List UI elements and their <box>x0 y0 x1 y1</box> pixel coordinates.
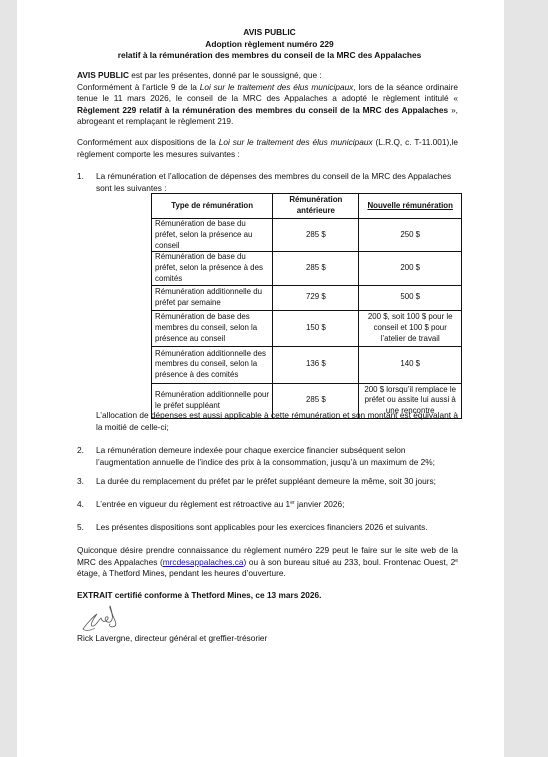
remuneration-table: Type de rémunération Rémunération antéri… <box>151 193 462 419</box>
title-line-2: Adoption règlement numéro 229 <box>77 39 462 51</box>
header-new: Nouvelle rémunération <box>359 194 462 219</box>
consultation-c: étage, à Thetford Mines, pendant les heu… <box>77 568 286 578</box>
dispositions-law: Loi sur le traitement des élus municipau… <box>219 137 373 147</box>
cell-previous: 285 $ <box>273 252 359 285</box>
consultation-b: ) ou à son bureau situé au 233, boul. Fr… <box>243 557 455 567</box>
list-number: 5. <box>77 522 97 534</box>
cell-previous: 729 $ <box>273 285 359 310</box>
bylaw-title: Règlement 229 relatif à la rémunération … <box>77 105 448 115</box>
list-text-b: janvier 2026; <box>295 499 345 509</box>
list-text: L’entrée en vigueur du règlement est rét… <box>96 499 458 511</box>
list-text-a: L’entrée en vigueur du règlement est rét… <box>96 499 290 509</box>
dispositions-a: Conformément aux dispositions de la <box>77 137 219 147</box>
list-text: La durée du remplacement du préfet par l… <box>96 476 458 488</box>
intro-body-a: Conformément à l’article 9 de la <box>77 82 200 92</box>
table-row: Rémunération de base du préfet, selon la… <box>152 219 462 252</box>
table-row: Rémunération additionnelle des membres d… <box>152 346 462 383</box>
intro-lead-bold: AVIS PUBLIC <box>77 70 129 80</box>
list-number: 2. <box>77 445 97 457</box>
header-previous: Rémunération antérieure <box>273 194 359 219</box>
cell-previous: 136 $ <box>273 346 359 383</box>
cell-previous: 150 $ <box>273 310 359 346</box>
list-text: Les présentes dispositions sont applicab… <box>96 522 458 534</box>
cell-previous: 285 $ <box>273 219 359 252</box>
intro-paragraph: AVIS PUBLIC est par les présentes, donné… <box>77 70 458 128</box>
cell-type: Rémunération additionnelle des membres d… <box>152 346 273 383</box>
cell-type: Rémunération de base du préfet, selon la… <box>152 252 273 285</box>
cell-type: Rémunération additionnelle du préfet par… <box>152 285 273 310</box>
certification-line: EXTRAIT certifié conforme à Thetford Min… <box>77 590 458 602</box>
consultation-paragraph: Quiconque désire prendre connaissance du… <box>77 545 458 580</box>
cell-new: 140 $ <box>359 346 462 383</box>
dispositions-paragraph: Conformément aux dispositions de la Loi … <box>77 137 458 160</box>
list-number: 4. <box>77 499 97 511</box>
law-name: Loi sur le traitement des élus municipau… <box>200 82 354 92</box>
table-row: Rémunération additionnelle du préfet par… <box>152 285 462 310</box>
cell-type: Rémunération de base du préfet, selon la… <box>152 219 273 252</box>
allocation-note: L’allocation de dépenses est aussi appli… <box>96 410 458 433</box>
header-type: Type de rémunération <box>152 194 273 219</box>
cell-new: 200 $, soit 100 $ pour le conseil et 100… <box>359 310 462 346</box>
table-row: Rémunération de base du préfet, selon la… <box>152 252 462 285</box>
intro-lead-rest: est par les présentes, donné par le sous… <box>129 70 322 80</box>
list-number: 3. <box>77 476 97 488</box>
title-line-3: relatif à la rémunération des membres du… <box>77 50 462 62</box>
document-page: AVIS PUBLIC Adoption règlement numéro 22… <box>17 0 504 757</box>
signature-icon <box>80 604 124 632</box>
intro-body: Conformément à l’article 9 de la Loi sur… <box>77 82 458 128</box>
list-number: 1. <box>77 171 97 183</box>
cell-new: 500 $ <box>359 285 462 310</box>
cell-new: 200 $ <box>359 252 462 285</box>
list-text: La rémunération demeure indexée pour cha… <box>96 445 458 468</box>
table-header-row: Type de rémunération Rémunération antéri… <box>152 194 462 219</box>
cell-new: 250 $ <box>359 219 462 252</box>
cell-type: Rémunération de base des membres du cons… <box>152 310 273 346</box>
floor-superscript: e <box>455 558 458 564</box>
signatory-name: Rick Lavergne, directeur général et gref… <box>77 633 458 645</box>
intro-lead: AVIS PUBLIC est par les présentes, donné… <box>77 70 458 82</box>
list-text: La rémunération et l’allocation de dépen… <box>96 171 458 194</box>
notice-title: AVIS PUBLIC Adoption règlement numéro 22… <box>77 27 462 62</box>
table-row: Rémunération de base des membres du cons… <box>152 310 462 346</box>
title-line-1: AVIS PUBLIC <box>77 27 462 39</box>
website-link[interactable]: mrcdesappalaches.ca <box>163 557 244 567</box>
